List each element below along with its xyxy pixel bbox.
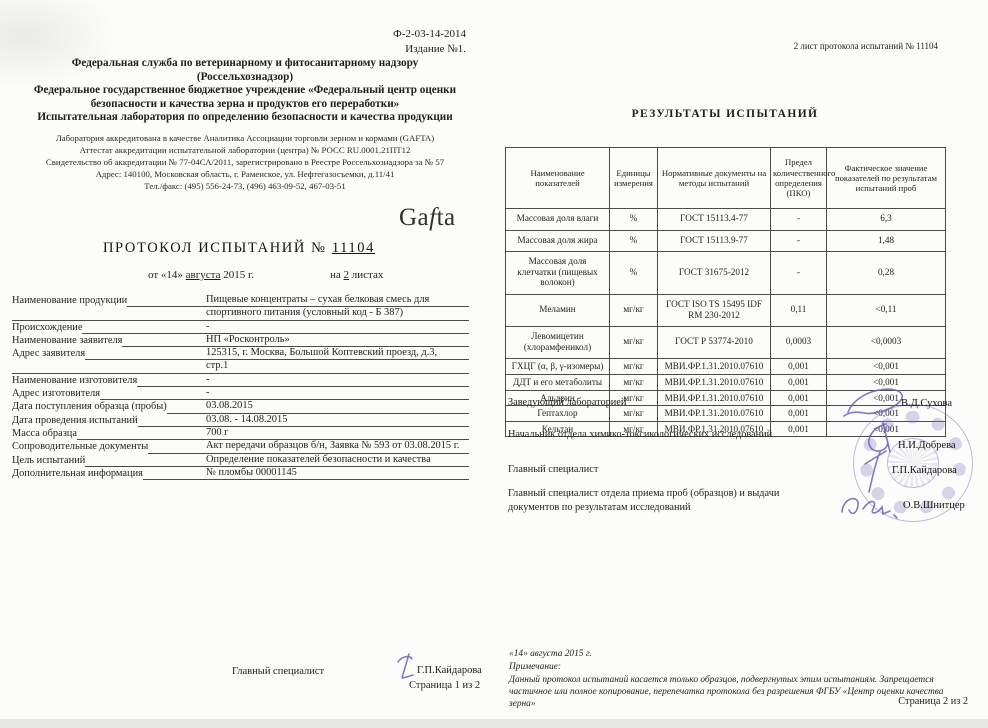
field-label: Дата поступления образца (пробы)	[12, 401, 167, 413]
field-row: Дата проведения испытаний 03.08. - 14.08…	[12, 414, 469, 427]
pko: 0,0003	[771, 327, 827, 359]
unit: мг/кг	[610, 327, 658, 359]
gafta-logo: Gafta	[399, 204, 456, 232]
method-doc: ГОСТ 15113.4-77	[658, 209, 771, 231]
sheets-prefix: на	[330, 269, 341, 281]
field-label: Адрес изготовителя	[12, 388, 100, 400]
unit: %	[610, 230, 658, 252]
field-underline	[85, 348, 203, 360]
result-value: 0,28	[827, 252, 946, 295]
field-row: Адрес изготовителя -	[12, 387, 469, 400]
field-value: -	[203, 321, 469, 334]
signature-position: Главный специалист отдела приема проб (о…	[508, 487, 810, 514]
sheets-number: 2	[344, 269, 350, 281]
field-underline	[122, 335, 203, 347]
field-row: Сопроводительные документы Акт передачи …	[12, 440, 469, 453]
field-value: 125315, г. Москва, Большой Коптевский пр…	[203, 347, 469, 360]
field-value: НП «Росконтроль»	[203, 334, 469, 347]
table-row: Меламин мг/кг ГОСТ ISO TS 15495 IDF RM 2…	[506, 294, 946, 326]
page1-signer-name: Г.П.Кайдарова	[417, 665, 482, 676]
field-row: Дополнительная информация № пломбы 00001…	[12, 467, 469, 480]
field-value: стр.1	[12, 360, 469, 373]
field-row: Цель испытаний Определение показателей б…	[12, 454, 469, 467]
field-value: -	[203, 374, 469, 387]
method-doc: МВИ.ФР.1.31.2010.07610	[658, 374, 771, 390]
protocol-title-text: ПРОТОКОЛ ИСПЫТАНИЙ №	[103, 240, 327, 256]
page2-header-note: 2 лист протокола испытаний № 11104	[690, 41, 938, 51]
org-line: Федеральное государственное бюджетное уч…	[8, 84, 482, 98]
page2-number: Страница 2 из 2	[860, 696, 968, 707]
field-label: Сопроводительные документы	[12, 441, 148, 453]
field-label: Дополнительная информация	[12, 468, 143, 480]
field-label: Происхождение	[12, 322, 82, 334]
table-row: ГХЦГ (α, β, γ-изомеры) мг/кг МВИ.ФР.1.31…	[506, 359, 946, 375]
accreditation-line: Тел./факс: (495) 556-24-73, (496) 463-09…	[8, 181, 482, 193]
field-underline	[143, 468, 203, 480]
field-underline	[85, 455, 203, 467]
table-row: Массовая доля влаги % ГОСТ 15113.4-77 - …	[506, 209, 946, 231]
date-year: 2015 г.	[223, 269, 254, 281]
field-label: Наименование заявителя	[12, 335, 122, 347]
sukhova-signature	[844, 389, 902, 416]
column-header: Единицы измерения	[610, 148, 658, 209]
form-code-block: Ф-2-03-14-2014 Издание №1.	[250, 27, 466, 57]
signature-position: Главный специалист	[508, 463, 838, 477]
field-underline	[100, 388, 203, 400]
form-code: Ф-2-03-14-2014	[250, 27, 466, 42]
date-prefix: от «14»	[148, 269, 183, 281]
signature-position: Начальник отдела химико-токсикологически…	[508, 428, 780, 442]
field-label: Цель испытаний	[12, 455, 85, 467]
field-value: спортивного питания (условный код - Б 38…	[12, 307, 469, 320]
gafta-logo-text: Ga	[399, 204, 429, 231]
page1-signer-position: Главный специалист	[232, 666, 324, 677]
table-row: Левомицетин (хлорамфеникол) мг/кг ГОСТ Р…	[506, 327, 946, 359]
column-header: Нормативные документы на методы испытани…	[658, 148, 771, 209]
page1-number: Страница 1 из 2	[409, 680, 480, 691]
field-row: Наименование заявителя НП «Росконтроль»	[12, 334, 469, 347]
pko: 0,001	[771, 359, 827, 375]
pko: 0,11	[771, 294, 827, 326]
field-value: Акт передачи образцов б/н, Заявка № 593 …	[203, 440, 469, 453]
column-header: Предел количественного определения (ПКО)	[771, 148, 827, 209]
date-month: августа	[186, 269, 221, 281]
scanned-protocol-document: Ф-2-03-14-2014 Издание №1. Федеральная с…	[0, 0, 988, 728]
sheets-count: на 2 листах	[330, 269, 383, 281]
edition-label: Издание №1.	[250, 42, 466, 57]
field-row: Адрес заявителя 125315, г. Москва, Больш…	[12, 347, 469, 360]
pko: 0,001	[771, 374, 827, 390]
unit: мг/кг	[610, 374, 658, 390]
note-label: Примечание:	[509, 661, 971, 673]
method-doc: ГОСТ ISO TS 15495 IDF RM 230-2012	[658, 294, 771, 326]
kaydarova-signature-mark	[392, 648, 418, 682]
gafta-logo-text: ta	[437, 204, 456, 231]
field-value: 03.08.2015	[203, 400, 469, 413]
field-row: Происхождение -	[12, 321, 469, 334]
indicator-name: ГХЦГ (α, β, γ-изомеры)	[506, 359, 610, 375]
indicator-name: Массовая доля жира	[506, 230, 610, 252]
signer-name: В.Д.Сухова	[901, 398, 952, 409]
indicator-name: Массовая доля влаги	[506, 209, 610, 231]
org-line: Испытательная лаборатория по определению…	[8, 111, 482, 125]
field-underline	[137, 375, 203, 387]
indicator-name: Меламин	[506, 294, 610, 326]
kaydarova-signature	[865, 451, 886, 492]
field-label: Адрес заявителя	[12, 348, 85, 360]
column-header: Фактическое значение показателей по резу…	[827, 148, 946, 209]
method-doc: МВИ.ФР.1.31.2010.07610	[658, 359, 771, 375]
accreditation-block: Лаборатория аккредитована в качестве Ана…	[8, 133, 482, 193]
unit: мг/кг	[610, 359, 658, 375]
result-value: 6,3	[827, 209, 946, 231]
protocol-title: ПРОТОКОЛ ИСПЫТАНИЙ № 11104	[0, 240, 478, 257]
field-value: 700 г	[203, 427, 469, 440]
organization-header: Федеральная служба по ветеринарному и фи…	[8, 57, 482, 125]
field-row: Наименование продукции Пищевые концентра…	[12, 294, 469, 307]
indicator-name: ДДТ и его метаболиты	[506, 374, 610, 390]
field-underline	[127, 295, 203, 307]
unit: мг/кг	[610, 294, 658, 326]
signer-name: О.В.Шнитцер	[903, 500, 965, 511]
pko: -	[771, 252, 827, 295]
protocol-date: от «14» августа 2015 г.	[148, 269, 254, 281]
field-row-continuation: спортивного питания (условный код - Б 38…	[12, 307, 469, 320]
signer-name: Н.И.Добрева	[898, 440, 956, 451]
method-doc: ГОСТ 15113.9-77	[658, 230, 771, 252]
table-row: Массовая доля жира % ГОСТ 15113.9-77 - 1…	[506, 230, 946, 252]
org-line: (Россельхознадзор)	[8, 71, 482, 85]
indicator-name: Массовая доля клетчатки (пищевых волокон…	[506, 252, 610, 295]
field-underline	[148, 441, 203, 453]
field-underline	[167, 401, 203, 413]
results-title: РЕЗУЛЬТАТЫ ИСПЫТАНИЙ	[505, 108, 945, 120]
field-label: Масса образца	[12, 428, 77, 440]
field-row: Наименование изготовителя -	[12, 374, 469, 387]
method-doc: ГОСТ 31675-2012	[658, 252, 771, 295]
unit: %	[610, 252, 658, 295]
field-underline	[138, 415, 203, 427]
org-line: Федеральная служба по ветеринарному и фи…	[8, 57, 482, 71]
field-value: 03.08. - 14.08.2015	[203, 414, 469, 427]
table-header-row: Наименование показателей Единицы измерен…	[506, 148, 946, 209]
sheets-suffix: листах	[352, 269, 384, 281]
field-row-continuation: стр.1	[12, 360, 469, 373]
org-line: безопасности и качества зерна и продукто…	[8, 98, 482, 112]
field-label: Наименование продукции	[12, 295, 127, 307]
field-value: -	[203, 387, 469, 400]
shnittser-signature	[842, 499, 897, 518]
field-value: Пищевые концентраты – сухая белковая сме…	[203, 294, 469, 307]
result-value: <0,0003	[827, 327, 946, 359]
field-row: Дата поступления образца (пробы) 03.08.2…	[12, 400, 469, 413]
field-value: № пломбы 00001145	[203, 467, 469, 480]
protocol-number: 11104	[332, 240, 375, 256]
accreditation-line: Свидетельство об аккредитации № 77-04СА/…	[8, 157, 482, 169]
field-underline	[82, 322, 203, 334]
result-value: <0,001	[827, 359, 946, 375]
result-value: 1,48	[827, 230, 946, 252]
field-label: Наименование изготовителя	[12, 375, 137, 387]
signature-position: Заведующий лабораторией	[508, 396, 838, 410]
column-header: Наименование показателей	[506, 148, 610, 209]
method-doc: ГОСТ Р 53774-2010	[658, 327, 771, 359]
note-date: «14» августа 2015 г.	[509, 648, 971, 660]
signer-name: Г.П.Кайдарова	[892, 465, 957, 476]
field-underline	[77, 428, 203, 440]
indicator-name: Левомицетин (хлорамфеникол)	[506, 327, 610, 359]
accreditation-line: Лаборатория аккредитована в качестве Ана…	[8, 133, 482, 145]
gafta-logo-text: f	[429, 204, 436, 231]
unit: %	[610, 209, 658, 231]
pko: -	[771, 230, 827, 252]
scan-edge	[0, 719, 988, 728]
accreditation-line: Аттестат аккредитации испытательной лабо…	[8, 145, 482, 157]
accreditation-line: Адрес: 140100, Московская область, г. Ра…	[8, 169, 482, 181]
pko: -	[771, 209, 827, 231]
table-row: Массовая доля клетчатки (пищевых волокон…	[506, 252, 946, 295]
dobreva-signature	[869, 423, 890, 452]
result-value: <0,11	[827, 294, 946, 326]
sample-fields: Наименование продукции Пищевые концентра…	[12, 294, 469, 480]
field-label: Дата проведения испытаний	[12, 415, 138, 427]
field-value: Определение показателей безопасности и к…	[203, 454, 469, 467]
field-row: Масса образца 700 г	[12, 427, 469, 440]
